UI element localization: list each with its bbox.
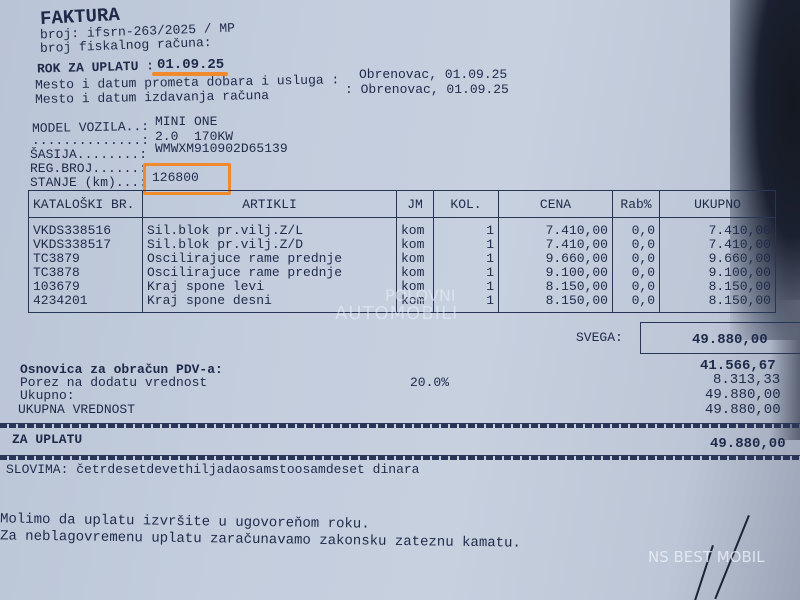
mileage-label: STANJE (km)...:: [30, 175, 147, 190]
cell-discount: 0,0: [613, 280, 660, 294]
footer-line-2: Za neblagovremenu uplatu zaračunavamo za…: [0, 528, 521, 551]
cell-catalog: 103679: [29, 280, 143, 294]
header-unit: JM: [397, 191, 434, 218]
due-label: ROK ZA UPLATU :: [37, 58, 154, 76]
divider-top: [0, 423, 800, 428]
cell-article: Oscilirajuce rame prednje: [143, 252, 397, 266]
cell-discount: 0,0: [613, 238, 660, 252]
cell-total: 9.100,00: [660, 266, 776, 280]
cell-qty: 1: [434, 218, 499, 239]
cell-price: 7.410,00: [499, 238, 613, 252]
cell-price: 9.660,00: [499, 252, 613, 266]
trade-place-value: Obrenovac, 01.09.25: [359, 67, 507, 82]
header-catalog: KATALOŠKI BR.: [29, 191, 143, 218]
issue-place-value: : Obrenovac, 01.09.25: [345, 82, 509, 97]
cell-price: 8.150,00: [499, 294, 613, 313]
cell-total: 7.410,00: [660, 238, 776, 252]
cell-catalog: 4234201: [29, 294, 143, 313]
cell-discount: 0,0: [613, 218, 660, 239]
table-row: TC3878Oscilirajuce rame prednjekom19.100…: [29, 266, 776, 280]
cell-total: 8.150,00: [660, 294, 776, 313]
vat-rate: 20.0%: [410, 375, 449, 390]
cell-catalog: TC3878: [29, 266, 143, 280]
cell-article: Sil.blok pr.vilj.Z/D: [143, 238, 397, 252]
cell-catalog: VKDS338517: [29, 238, 143, 252]
table-row: VKDS338517Sil.blok pr.vilj.Z/Dkom17.410,…: [29, 238, 776, 252]
header-price: CENA: [499, 191, 613, 218]
cell-unit: kom: [397, 238, 434, 252]
cell-catalog: TC3879: [29, 252, 143, 266]
chassis-label: ŠASIJA........:: [30, 147, 147, 162]
cell-article: Oscilirajuce rame prednje: [143, 266, 397, 280]
svega-label: SVEGA:: [576, 330, 623, 345]
cell-price: 9.100,00: [499, 266, 613, 280]
vat-value: 8.313,33: [713, 372, 780, 388]
cell-total: 9.660,00: [660, 252, 776, 266]
header-total: UKUPNO: [660, 191, 776, 218]
svega-value: 49.880,00: [692, 332, 768, 348]
cell-discount: 0,0: [613, 294, 660, 313]
cell-price: 7.410,00: [499, 218, 613, 239]
cell-total: 8.150,00: [660, 280, 776, 294]
table-row: TC3879Oscilirajuce rame prednjekom19.660…: [29, 252, 776, 266]
cell-discount: 0,0: [613, 252, 660, 266]
due-date: 01.09.25: [157, 57, 224, 73]
cell-unit: kom: [397, 252, 434, 266]
cell-article: Kraj spone levi: [143, 280, 397, 294]
pay-label: ZA UPLATU: [12, 432, 82, 447]
watermark-corner: NS BEST MOBIL: [648, 548, 765, 566]
engine-label: ..............:: [32, 133, 149, 148]
subtotal-value: 49.880,00: [705, 387, 781, 403]
header-qty: KOL.: [434, 191, 499, 218]
header-discount: Rab%: [613, 191, 660, 218]
table-row: VKDS338516Sil.blok pr.vilj.Z/Lkom17.410,…: [29, 218, 776, 239]
issue-place-label: Mesto i datum izdavanja računa: [35, 88, 269, 107]
reg-label: REG.BROJ......:: [30, 161, 147, 176]
cell-qty: 1: [434, 252, 499, 266]
header-articles: ARTIKLI: [143, 191, 397, 218]
pay-value: 49.880,00: [710, 436, 786, 452]
cell-discount: 0,0: [613, 266, 660, 280]
cell-article: Sil.blok pr.vilj.Z/L: [143, 218, 397, 239]
cell-total: 7.410,00: [660, 218, 776, 239]
table-header-row: KATALOŠKI BR. ARTIKLI JM KOL. CENA Rab% …: [29, 191, 776, 218]
cell-catalog: VKDS338516: [29, 218, 143, 239]
total-value: 49.880,00: [705, 402, 781, 418]
total-value-label: UKUPNA VREDNOST: [18, 402, 135, 417]
cell-qty: 1: [434, 238, 499, 252]
cell-price: 8.150,00: [499, 280, 613, 294]
divider-bottom: [0, 455, 800, 460]
cell-qty: 1: [434, 266, 499, 280]
cell-unit: kom: [397, 218, 434, 239]
chassis-value: WMWXM910902D65139: [155, 141, 288, 156]
watermark-bottom: AUTOMOBILI: [335, 303, 458, 324]
amount-in-words: SLOVIMA: četrdesetdevethiljadaosamstoosa…: [6, 462, 419, 477]
subtotal-label: Ukupno:: [20, 388, 75, 403]
cell-unit: kom: [397, 266, 434, 280]
model-value: MINI ONE: [155, 114, 217, 129]
